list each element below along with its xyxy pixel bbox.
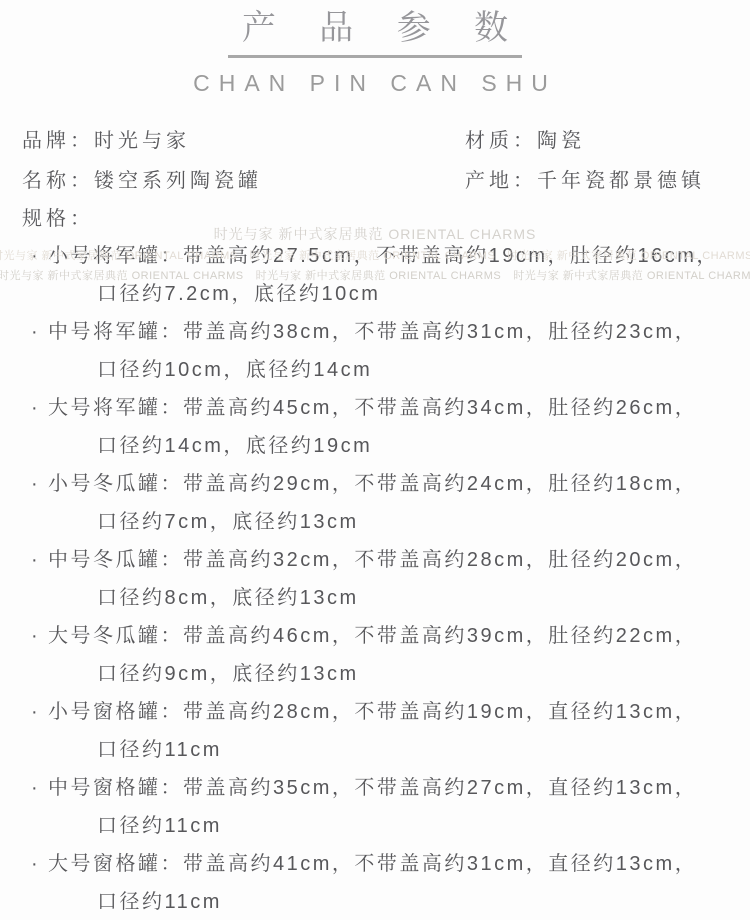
origin-field: 产地：千年瓷都景德镇	[465, 161, 705, 201]
spec-line1: 小号将军罐：带盖高约27.5cm，不带盖高约19cm，肚径约16cm，	[48, 245, 719, 267]
spec-entry: ·小号冬瓜罐：带盖高约29cm，不带盖高约24cm，肚径约18cm， 口径约7c…	[0, 465, 750, 541]
spec-entry: ·小号窗格罐：带盖高约28cm，不带盖高约19cm，直径约13cm， 口径约11…	[0, 693, 750, 769]
bullet-marker: ·	[31, 769, 40, 807]
spec-line2: 口径约11cm	[0, 883, 750, 920]
spec-line2: 口径约9cm，底径约13cm	[0, 655, 750, 693]
spec-section-header: 规格：	[0, 201, 750, 237]
info-row-2: 名称：镂空系列陶瓷罐 产地：千年瓷都景德镇	[0, 161, 750, 201]
bullet-marker: ·	[31, 313, 40, 351]
spec-line2: 口径约10cm，底径约14cm	[0, 351, 750, 389]
spec-line1: 小号冬瓜罐：带盖高约29cm，不带盖高约24cm，肚径约18cm，	[48, 473, 697, 495]
spec-line2: 口径约11cm	[0, 807, 750, 845]
material-label: 材质：	[465, 130, 537, 152]
spec-line1: 大号将军罐：带盖高约45cm，不带盖高约34cm，肚径约26cm，	[48, 397, 697, 419]
spec-line2: 口径约7cm，底径约13cm	[0, 503, 750, 541]
spec-entry: ·小号将军罐：带盖高约27.5cm，不带盖高约19cm，肚径约16cm， 口径约…	[0, 237, 750, 313]
title-underline	[228, 55, 522, 58]
bullet-marker: ·	[31, 465, 40, 503]
info-row-1: 品牌：时光与家 材质：陶瓷	[0, 121, 750, 161]
bullet-marker: ·	[31, 617, 40, 655]
spec-line1: 小号窗格罐：带盖高约28cm，不带盖高约19cm，直径约13cm，	[48, 701, 697, 723]
spec-label: 规格：	[22, 201, 94, 237]
origin-value: 千年瓷都景德镇	[537, 170, 705, 192]
spec-entry: ·中号窗格罐：带盖高约35cm，不带盖高约27cm，直径约13cm， 口径约11…	[0, 769, 750, 845]
product-info: 品牌：时光与家 材质：陶瓷 名称：镂空系列陶瓷罐 产地：千年瓷都景德镇 规格：	[0, 121, 750, 237]
name-value: 镂空系列陶瓷罐	[94, 170, 262, 192]
spec-entry: ·中号冬瓜罐：带盖高约32cm，不带盖高约28cm，肚径约20cm， 口径约8c…	[0, 541, 750, 617]
origin-label: 产地：	[465, 170, 537, 192]
spec-line1: 大号窗格罐：带盖高约41cm，不带盖高约31cm，直径约13cm，	[48, 853, 697, 875]
name-field: 名称：镂空系列陶瓷罐	[22, 161, 262, 201]
spec-line2: 口径约14cm，底径约19cm	[0, 427, 750, 465]
bullet-marker: ·	[31, 237, 40, 275]
name-label: 名称：	[22, 170, 94, 192]
brand-field: 品牌：时光与家	[22, 121, 190, 161]
page-title: 产 品 参 数	[0, 10, 750, 46]
spec-line1: 中号窗格罐：带盖高约35cm，不带盖高约27cm，直径约13cm，	[48, 777, 697, 799]
page-subtitle-pinyin: CHAN PIN CAN SHU	[0, 71, 750, 95]
spec-line2: 口径约7.2cm，底径约10cm	[0, 275, 750, 313]
spec-line2: 口径约11cm	[0, 731, 750, 769]
bullet-marker: ·	[31, 845, 40, 883]
spec-list: ·小号将军罐：带盖高约27.5cm，不带盖高约19cm，肚径约16cm， 口径约…	[0, 237, 750, 920]
spec-entry: ·大号冬瓜罐：带盖高约46cm，不带盖高约39cm，肚径约22cm， 口径约9c…	[0, 617, 750, 693]
spec-line1: 中号冬瓜罐：带盖高约32cm，不带盖高约28cm，肚径约20cm，	[48, 549, 697, 571]
spec-line2: 口径约8cm，底径约13cm	[0, 579, 750, 617]
spec-line1: 中号将军罐：带盖高约38cm，不带盖高约31cm，肚径约23cm，	[48, 321, 697, 343]
spec-line1: 大号冬瓜罐：带盖高约46cm，不带盖高约39cm，肚径约22cm，	[48, 625, 697, 647]
product-parameters-page: 产 品 参 数 CHAN PIN CAN SHU 品牌：时光与家 材质：陶瓷 名…	[0, 0, 750, 920]
bullet-marker: ·	[31, 693, 40, 731]
spec-entry: ·大号窗格罐：带盖高约41cm，不带盖高约31cm，直径约13cm， 口径约11…	[0, 845, 750, 920]
material-value: 陶瓷	[537, 130, 585, 152]
spec-entry: ·大号将军罐：带盖高约45cm，不带盖高约34cm，肚径约26cm， 口径约14…	[0, 389, 750, 465]
bullet-marker: ·	[31, 541, 40, 579]
bullet-marker: ·	[31, 389, 40, 427]
brand-value: 时光与家	[94, 130, 190, 152]
spec-entry: ·中号将军罐：带盖高约38cm，不带盖高约31cm，肚径约23cm， 口径约10…	[0, 313, 750, 389]
header: 产 品 参 数 CHAN PIN CAN SHU	[0, 0, 750, 95]
material-field: 材质：陶瓷	[465, 121, 585, 161]
brand-label: 品牌：	[22, 130, 94, 152]
